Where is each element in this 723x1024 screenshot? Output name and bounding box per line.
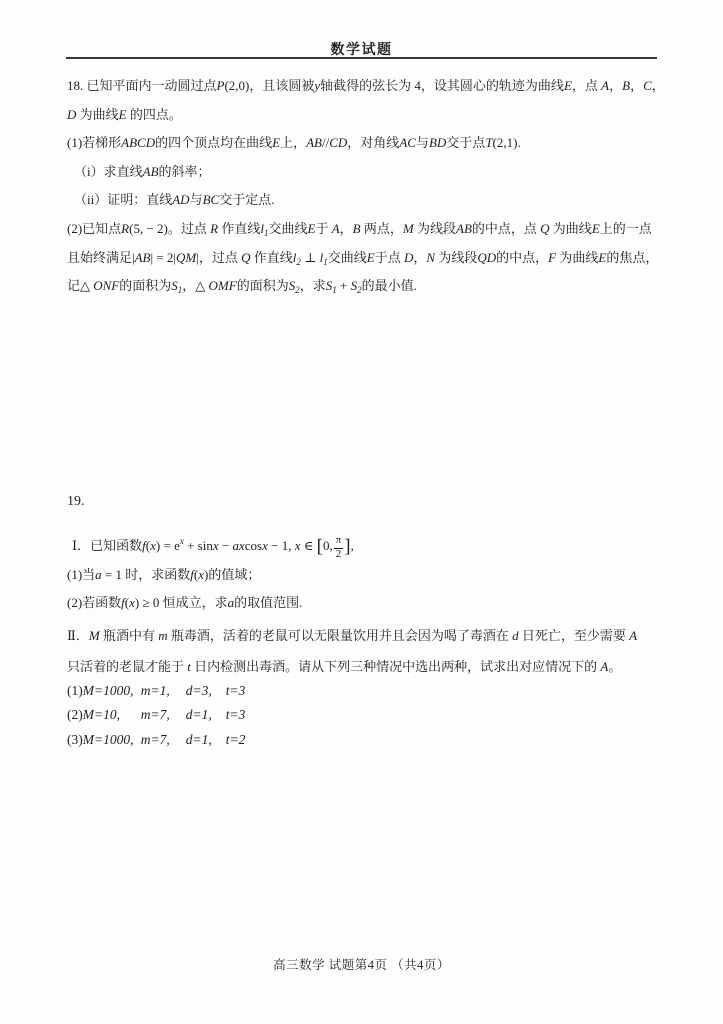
case-row-3: (3)M=1000,m=7,d=1,t=2 bbox=[67, 728, 683, 752]
problem-19-II-line-1: Ⅱ．M 瓶酒中有 m 瓶毒酒，活着的老鼠可以无限量饮用并且会因为喝了毒酒在 d … bbox=[67, 621, 683, 652]
problem-19-I-q2: (2)若函数f(x) ≥ 0 恒成立，求a的取值范围. bbox=[67, 589, 683, 616]
case-row-1: (1)M=1000,m=1,d=3,t=3 bbox=[67, 679, 683, 703]
problem-18-part2-line-1: (2)已知点R(5, − 2)。过点 R 作直线l1交曲线E于 A，B 两点，M… bbox=[67, 215, 683, 244]
problem-18-part1: (1)若梯形ABCD的四个顶点均在曲线E上，AB//CD，对角线AC与BD交于点… bbox=[67, 129, 683, 158]
problem-18-part1-ii: （ii）证明：直线AD与BC交于定点. bbox=[67, 186, 683, 215]
problem-19-II-cases: (1)M=1000,m=1,d=3,t=3 (2)M=10,m=7,d=1,t=… bbox=[67, 679, 683, 752]
case-row-2: (2)M=10,m=7,d=1,t=3 bbox=[67, 703, 683, 727]
problem-19-part-II-statement: Ⅱ．M 瓶酒中有 m 瓶毒酒，活着的老鼠可以无限量饮用并且会因为喝了毒酒在 d … bbox=[67, 621, 683, 682]
exam-page: 数学试题 18. 已知平面内一动圆过点P(2,0)，且该圆被y轴截得的弦长为 4… bbox=[0, 0, 723, 1024]
problem-19-I-q1: (1)当a = 1 时，求函数f(x)的值域； bbox=[67, 561, 683, 588]
page-footer: 高三数学 试题第4页 （共4页） bbox=[0, 955, 723, 973]
problem-18: 18. 已知平面内一动圆过点P(2,0)，且该圆被y轴截得的弦长为 4，设其圆心… bbox=[67, 72, 683, 301]
problem-18-line-2: D 为曲线E 的四点。 bbox=[67, 101, 683, 130]
problem-19-number: 19. bbox=[67, 494, 683, 510]
problem-19-I-q2-line: (2)若函数f(x) ≥ 0 恒成立，求a的取值范围. bbox=[67, 589, 683, 616]
problem-18-part2-line-3: 记△ ONF的面积为S1，△ OMF的面积为S2，求S1 + S2的最小值. bbox=[67, 272, 683, 301]
problem-19-I-q1-line: (1)当a = 1 时，求函数f(x)的值域； bbox=[67, 561, 683, 588]
page-header-title: 数学试题 bbox=[0, 39, 723, 59]
problem-19-part-I-statement: Ⅰ．已知函数f(x) = ex + sinx − axcosx − 1, x ∈… bbox=[72, 523, 683, 560]
problem-18-line-1: 18. 已知平面内一动圆过点P(2,0)，且该圆被y轴截得的弦长为 4，设其圆心… bbox=[67, 72, 683, 101]
problem-18-part2-line-2: 且始终满足|AB| = 2|QM|，过点 Q 作直线l2 ⊥ l1交曲线E于点 … bbox=[67, 244, 683, 273]
problem-19-II-line-2: 只活着的老鼠才能于 t 日内检测出毒酒。请从下列三种情况中选出两种，试求出对应情… bbox=[67, 652, 683, 683]
problem-19-I-function: Ⅰ．已知函数f(x) = ex + sinx − axcosx − 1, x ∈… bbox=[72, 523, 683, 560]
problem-18-part1-i: （i）求直线AB的斜率； bbox=[67, 158, 683, 187]
header-rule bbox=[66, 57, 657, 59]
